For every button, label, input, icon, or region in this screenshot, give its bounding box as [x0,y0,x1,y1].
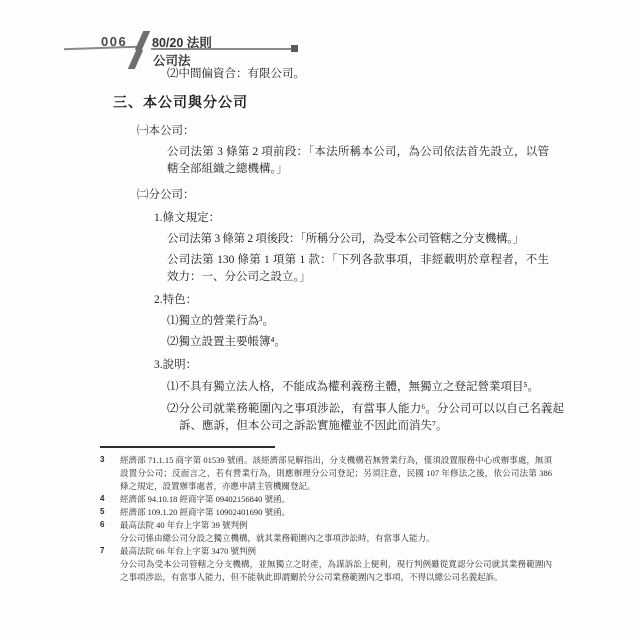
statute-quote-branch: 公司法第 3 條第 2 項後段：「所稱分公司，為受本公司管轄之分支機構。」 [167,231,640,248]
footnote-5: 5 經濟部 109.1.20 經商字第 10902401690 號函。 [100,506,552,519]
footnote-text: 經濟部 94.10.18 經商字第 09402156840 號函。 [120,493,552,506]
footnote-part: 分公司為受本公司管轄之分支機構，並無獨立之財產，為謀訴訟上便利，現行判例雖從寬認… [120,558,552,584]
explanation-item-2: ⑵分公司就業務範圍內之事項涉訟，有當事人能力⁶。分公司可以以自己名義起訴、應訴，… [167,401,564,435]
item-1-heading: 1.條文規定： [154,210,640,227]
footnote-6: 6 最高法院 40 年台上字第 39 號判例 分公司係由總公司分設之獨立機構，就… [100,519,552,545]
footnote-text: 經濟部 109.1.20 經商字第 10902401690 號函。 [120,506,552,519]
explanation-item-1: ⑴不具有獨立法人格，不能成為權利義務主體，無獨立之登記營業項目⁵。 [167,379,564,396]
item-3-heading: 3.說明： [154,357,640,374]
main-content: ⑵中間偏資合：有限公司。 三、本公司與分公司 ㈠本公司： 公司法第 3 條第 2… [0,64,640,435]
section-heading: 三、本公司與分公司 [113,94,640,114]
feature-item-1: ⑴獨立的營業行為³。 [167,313,549,330]
footnote-part: 經濟部 71.1.15 商字第 01539 號函。該經濟部見解指出，分支機構若無… [120,454,552,493]
statute-quote-article-130: 公司法第 130 條第 1 項第 1 款：「下列各款事項，非經載明於章程者，不生… [167,252,549,286]
footnote-text: 最高法院 66 年台上字第 3470 號判例 分公司為受本公司管轄之分支機構，並… [120,545,552,584]
slash-icon [135,31,150,50]
footnote-4: 4 經濟部 94.10.18 經商字第 09402156840 號函。 [100,493,552,506]
footnote-text: 最高法院 40 年台上字第 39 號判例 分公司係由總公司分設之獨立機構，就其業… [120,519,552,545]
footnote-3: 3 經濟部 71.1.15 商字第 01539 號函。該經濟部見解指出，分支機構… [100,454,552,493]
header-rule-endcap [291,45,298,52]
subsection-b-heading: ㈡分公司： [137,187,640,204]
footnote-number: 6 [100,519,120,530]
footnote-number: 4 [100,493,120,504]
footnote-area: 3 經濟部 71.1.15 商字第 01539 號函。該經濟部見解指出，分支機構… [0,446,640,584]
page-header: 006 80/20 法則 公司法 [0,0,640,70]
footnote-text: 經濟部 71.1.15 商字第 01539 號函。該經濟部見解指出，分支機構若無… [120,454,552,493]
page-number: 006 [101,34,127,49]
footnote-case-citation: 最高法院 40 年台上字第 39 號判例 [120,519,552,532]
footnote-number: 3 [100,454,120,465]
item-2-heading: 2.特色： [154,292,640,309]
footnote-number: 7 [100,545,120,556]
footnote-part: 分公司係由總公司分設之獨立機構，就其業務範圍內之事項涉訟時，有當事人能力。 [120,532,552,545]
book-page: 006 80/20 法則 公司法 ⑵中間偏資合：有限公司。 三、本公司與分公司 … [0,0,640,640]
carryover-item: ⑵中間偏資合：有限公司。 [167,66,640,83]
footnote-part: 經濟部 109.1.20 經商字第 10902401690 號函。 [120,506,552,519]
footnote-part: 經濟部 94.10.18 經商字第 09402156840 號函。 [120,493,552,506]
footnote-separator [100,446,275,448]
feature-item-2: ⑵獨立設置主要帳簿⁴。 [167,334,549,351]
statute-quote-head-office: 公司法第 3 條第 2 項前段：「本法所稱本公司，為公司依法首先設立，以管轄全部… [167,144,549,178]
subsection-a-heading: ㈠本公司： [137,123,640,140]
footnote-number: 5 [100,506,120,517]
footnote-7: 7 最高法院 66 年台上字第 3470 號判例 分公司為受本公司管轄之分支機構… [100,545,552,584]
header-rule-right [151,48,293,50]
footnote-case-citation: 最高法院 66 年台上字第 3470 號判例 [120,545,552,558]
